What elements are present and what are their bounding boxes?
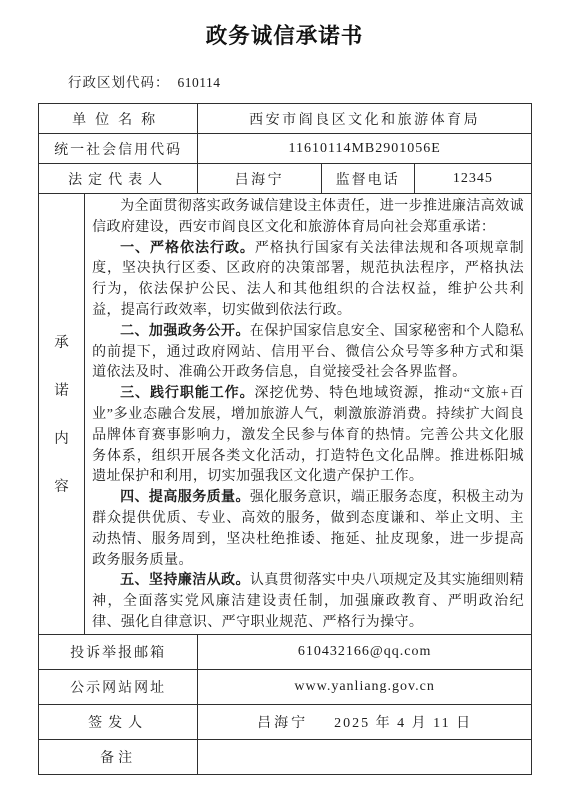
paragraph-lead: 三、践行职能工作。 xyxy=(120,386,254,401)
credit-code-value: 11610114MB2901056E xyxy=(198,134,532,164)
admin-code-label: 行政区划代码： xyxy=(68,75,170,90)
issuer-date: 2025 年 4 月 11 日 xyxy=(334,716,472,731)
paragraph-lead: 一、严格依法行政。 xyxy=(120,241,255,256)
issuer-value: 吕海宁2025 年 4 月 11 日 xyxy=(198,704,532,739)
row-commitment: 承 诺 内 容 为全面贯彻落实政务诚信建设主体责任，进一步推进廉洁高效诚信政府建… xyxy=(39,194,532,635)
supervision-phone-value: 12345 xyxy=(414,164,531,194)
commitment-paragraph: 为全面贯彻落实政务诚信建设主体责任，进一步推进廉洁高效诚信政府建设，西安市阎良区… xyxy=(92,197,524,239)
row-website: 公示网站网址 www.yanliang.gov.cn xyxy=(39,669,532,704)
credit-code-label: 统一社会信用代码 xyxy=(39,134,198,164)
commitment-content: 为全面贯彻落实政务诚信建设主体责任，进一步推进廉洁高效诚信政府建设，西安市阎良区… xyxy=(85,194,532,635)
issuer-name: 吕海宁 xyxy=(257,716,308,731)
paragraph-lead: 五、坚持廉洁从政。 xyxy=(120,573,250,588)
admin-code-line: 行政区划代码：610114 xyxy=(68,71,221,91)
complaint-email-label: 投诉举报邮箱 xyxy=(39,634,198,669)
row-legal-rep: 法定代表人 吕海宁 监督电话 12345 xyxy=(39,164,532,194)
paragraph-text: 为全面贯彻落实政务诚信建设主体责任，进一步推进廉洁高效诚信政府建设，西安市阎良区… xyxy=(92,199,524,235)
commitment-paragraph: 二、加强政务公开。在保护国家信息安全、国家秘密和个人隐私的前提下，通过政府网站、… xyxy=(92,322,524,384)
paragraph-lead: 二、加强政务公开。 xyxy=(120,324,250,339)
page-title: 政务诚信承诺书 xyxy=(0,19,569,50)
commitment-paragraph: 三、践行职能工作。深挖优势、特色地域资源，推动“文旅+百业”多业态融合发展，增加… xyxy=(92,384,524,488)
paragraph-lead: 四、提高服务质量。 xyxy=(120,490,250,505)
legal-rep-label: 法定代表人 xyxy=(39,164,198,194)
legal-rep-value: 吕海宁 xyxy=(198,164,321,194)
commitment-table: 单位名称 西安市阎良区文化和旅游体育局 统一社会信用代码 11610114MB2… xyxy=(38,103,532,775)
commitment-label-char: 诺 xyxy=(54,379,69,400)
commitment-label-vertical: 承 诺 内 容 xyxy=(39,331,84,496)
admin-code-value: 610114 xyxy=(178,75,221,90)
commitment-paragraph: 四、提高服务质量。强化服务意识，端正服务态度，积极主动为群众提供优质、专业、高效… xyxy=(92,488,524,571)
commitment-paragraph: 五、坚持廉洁从政。认真贯彻落实中央八项规定及其实施细则精神，全面落实党风廉洁建设… xyxy=(92,571,524,633)
remark-label: 备注 xyxy=(39,739,198,774)
row-issuer: 签发人 吕海宁2025 年 4 月 11 日 xyxy=(39,704,532,739)
unit-name-value: 西安市阎良区文化和旅游体育局 xyxy=(198,104,532,134)
row-complaint-email: 投诉举报邮箱 610432166@qq.com xyxy=(39,634,532,669)
complaint-email-value: 610432166@qq.com xyxy=(198,634,532,669)
commitment-label: 承 诺 内 容 xyxy=(39,194,85,635)
supervision-phone-label: 监督电话 xyxy=(321,164,414,194)
row-credit-code: 统一社会信用代码 11610114MB2901056E xyxy=(39,134,532,164)
document-page: 政务诚信承诺书 行政区划代码：610114 单位名称 西安市阎良区文化和旅游体育… xyxy=(0,0,569,787)
issuer-label: 签发人 xyxy=(39,704,198,739)
commitment-label-char: 承 xyxy=(54,331,69,352)
remark-value xyxy=(198,739,532,774)
website-value: www.yanliang.gov.cn xyxy=(198,669,532,704)
commitment-label-char: 内 xyxy=(54,427,69,448)
unit-name-label: 单位名称 xyxy=(39,104,198,134)
commitment-label-char: 容 xyxy=(54,475,69,496)
row-remark: 备注 xyxy=(39,739,532,774)
commitment-paragraph: 一、严格依法行政。严格执行国家有关法律法规和各项规章制度，坚决执行区委、区政府的… xyxy=(92,239,524,322)
website-label: 公示网站网址 xyxy=(39,669,198,704)
row-unit-name: 单位名称 西安市阎良区文化和旅游体育局 xyxy=(39,104,532,134)
